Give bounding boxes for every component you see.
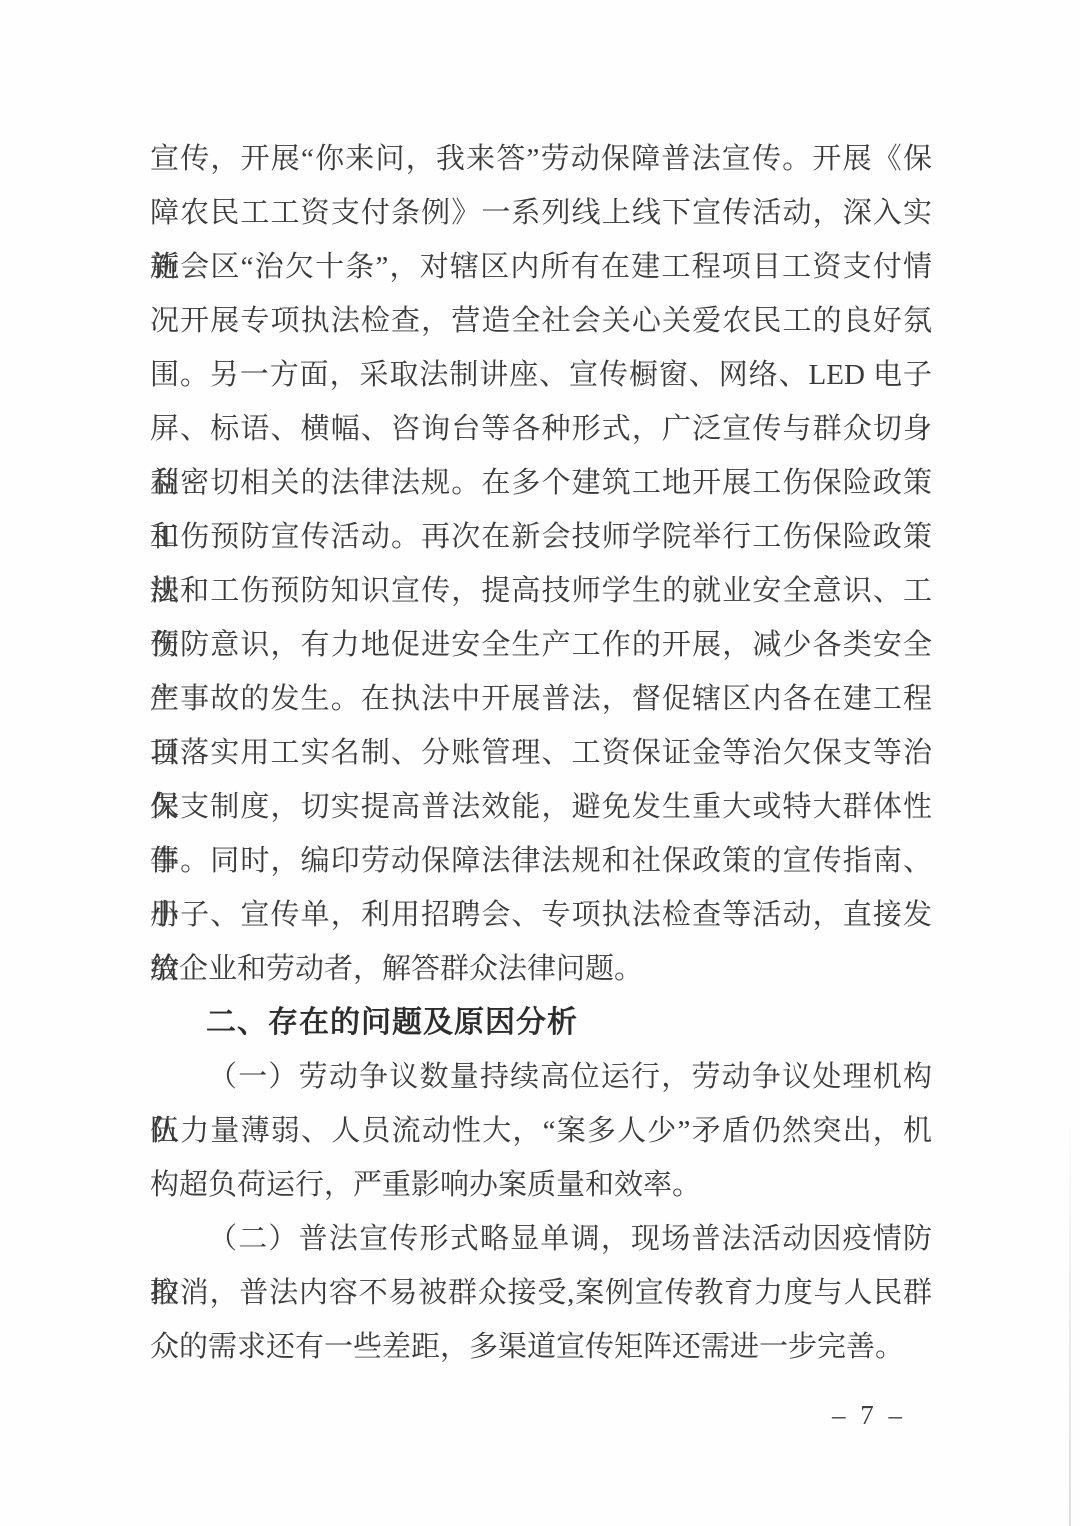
body-line: 伍力量薄弱、人员流动性大，“案多人少”矛盾仍然突出，机 xyxy=(150,1104,932,1158)
body-line: 产事故的发生。在执法中开展普法，督促辖区内各在建工程项 xyxy=(150,672,932,726)
body-line: 况开展专项执法检查，营造全社会关心关爱农民工的良好氛 xyxy=(150,294,932,348)
body-line: 益密切相关的法律法规。在多个建筑工地开展工伤保险政策和 xyxy=(150,456,932,510)
body-line: 取消，普法内容不易被群众接受,案例宣传教育力度与人民群 xyxy=(150,1266,932,1320)
body-line: （一）劳动争议数量持续高位运行，劳动争议处理机构队 xyxy=(150,1050,932,1104)
body-line: 屏、标语、横幅、咨询台等各种形式，广泛宣传与群众切身利 xyxy=(150,402,932,456)
body-line: 宣传，开展“你来问，我来答”劳动保障普法宣传。开展《保 xyxy=(150,132,932,186)
body-line: 障农民工工资支付条例》一系列线上线下宣传活动，深入实施 xyxy=(150,186,932,240)
body-line: 构超负荷运行，严重影响办案质量和效率。 xyxy=(150,1158,932,1212)
scan-artifact-line xyxy=(1069,1128,1071,1526)
body-line: 规和工伤预防知识宣传，提高技师学生的就业安全意识、工伤 xyxy=(150,564,932,618)
body-line: 件。同时，编印劳动保障法律法规和社保政策的宣传指南、小 xyxy=(150,834,932,888)
body-line: 工伤预防宣传活动。再次在新会技师学院举行工伤保险政策法 xyxy=(150,510,932,564)
body-line: 册子、宣传单，利用招聘会、专项执法检查等活动，直接发放 xyxy=(150,888,932,942)
body-line: 保支制度，切实提高普法效能，避免发生重大或特大群体性事 xyxy=(150,780,932,834)
body-line: 目落实用工实名制、分账管理、工资保证金等治欠保支等治欠 xyxy=(150,726,932,780)
body-line: 新会区“治欠十条”，对辖区内所有在建工程项目工资支付情 xyxy=(150,240,932,294)
section-heading: 二、存在的问题及原因分析 xyxy=(150,996,932,1050)
body-text: 宣传，开展“你来问，我来答”劳动保障普法宣传。开展《保 障农民工工资支付条例》一… xyxy=(150,132,932,1374)
body-line: （二）普法宣传形式略显单调，现场普法活动因疫情防控 xyxy=(150,1212,932,1266)
page-number: – 7 – xyxy=(832,1398,906,1432)
body-line: 众的需求还有一些差距，多渠道宣传矩阵还需进一步完善。 xyxy=(150,1320,932,1374)
body-line: 围。另一方面，采取法制讲座、宣传橱窗、网络、LED 电子 xyxy=(150,348,932,402)
document-page: 宣传，开展“你来问，我来答”劳动保障普法宣传。开展《保 障农民工工资支付条例》一… xyxy=(0,0,1080,1526)
body-line: 给企业和劳动者，解答群众法律问题。 xyxy=(150,942,932,996)
body-line: 预防意识，有力地促进安全生产工作的开展，减少各类安全生 xyxy=(150,618,932,672)
